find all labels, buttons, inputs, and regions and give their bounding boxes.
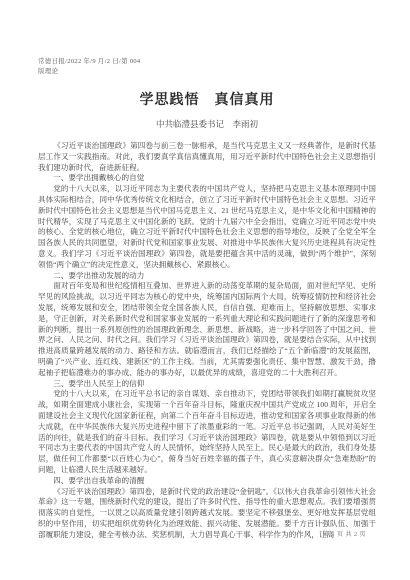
article-byline: 中共临澧县委书记 李雨初 bbox=[38, 118, 376, 130]
section-heading-4: 四、要学出自我革命的清醒 bbox=[38, 476, 376, 487]
section-paragraph-1: 党的十八大以来，以习近平同志为主要代表的中国共产党人，坚持把马克思主义基本原理同… bbox=[38, 184, 376, 270]
section-paragraph-2: 面对百年变局和世纪疫情相互叠加、世界进入新的动荡变革期的复杂局面，面对世纪罕见、… bbox=[38, 281, 376, 378]
section-heading-1: 一、要学出拥戴核心的自觉 bbox=[38, 173, 376, 184]
intro-paragraph: 《习近平谈治国理政》第四卷与前三卷一脉相承，是当代马克思主义又一经典著作，是新时… bbox=[38, 141, 376, 173]
section-heading-3: 三、要学出人民至上的信仰 bbox=[38, 379, 376, 390]
section-paragraph-3: 党的十八大以来，在习近平总书记的亲自谋划、亲自推动下，党团结带领我们如期打赢脱贫… bbox=[38, 389, 376, 475]
masthead-edition-line: 版理论 bbox=[38, 67, 376, 77]
article-body: 《习近平谈治国理政》第四卷与前三卷一脉相承，是当代马克思主义又一经典著作，是新时… bbox=[38, 141, 376, 540]
document-page: 常德日报/2022 年/9 月/2 日/第 004 版理论 学思践悟 真信真用 … bbox=[0, 0, 410, 580]
article-title: 学思践悟 真信真用 bbox=[38, 89, 376, 109]
masthead: 常德日报/2022 年/9 月/2 日/第 004 版理论 bbox=[38, 57, 376, 76]
page-number-indicator: 第 1 页 共 2 页 bbox=[323, 529, 366, 538]
section-heading-2: 二、要学出推动发展的动力 bbox=[38, 271, 376, 282]
masthead-source-line: 常德日报/2022 年/9 月/2 日/第 004 bbox=[38, 57, 376, 67]
page-content: 常德日报/2022 年/9 月/2 日/第 004 版理论 学思践悟 真信真用 … bbox=[38, 57, 376, 540]
